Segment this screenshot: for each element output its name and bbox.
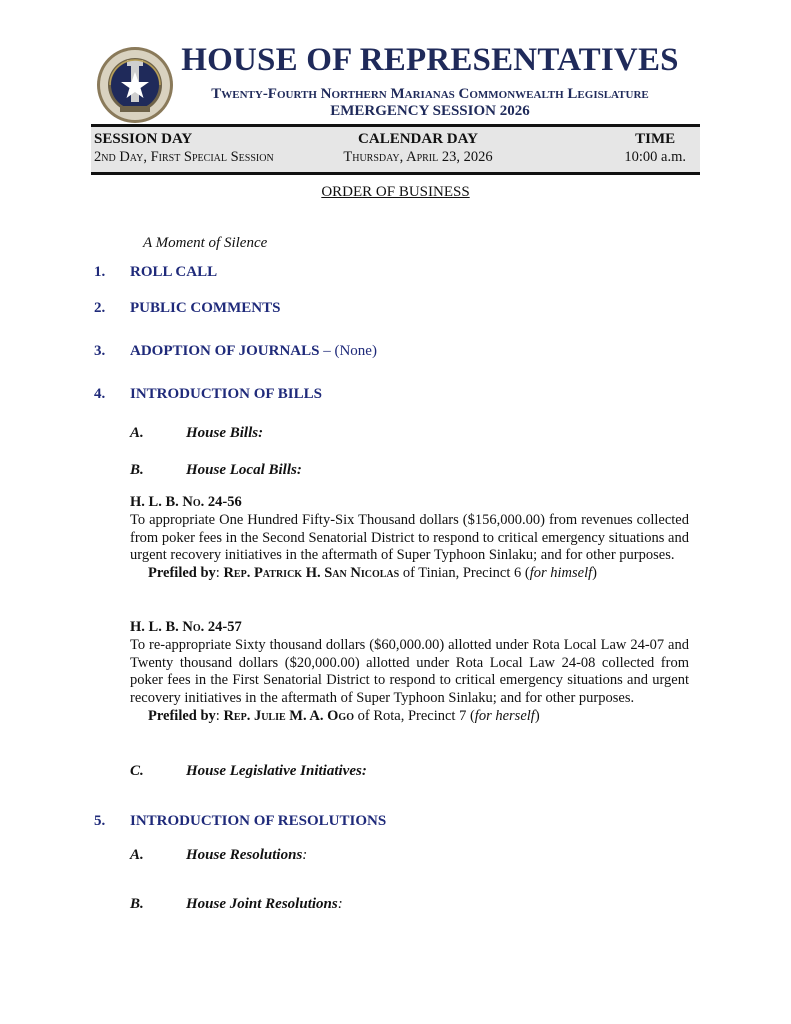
paren-close: ) (592, 565, 597, 581)
section-adoption-of-journals: 3.ADOPTION OF JOURNALS – (None) (94, 343, 377, 360)
bill-number-value: 24-57 (204, 619, 241, 635)
bill-hlb-24-56: H. L. B. No. 24-56 To appropriate One Hu… (130, 494, 689, 583)
section-number: 4. (94, 386, 130, 403)
subsection-letter: C. (130, 763, 186, 780)
subsection-colon: : (338, 896, 343, 912)
session-title: EMERGENCY SESSION 2026 (170, 103, 690, 120)
section-public-comments: 2.PUBLIC COMMENTS (94, 300, 280, 317)
subsection-title: House Joint Resolutions (186, 896, 338, 912)
bill-number: H. L. B. No. 24-57 (130, 619, 689, 637)
session-info-bar: SESSION DAY 2nd Day, First Special Sessi… (91, 124, 700, 175)
section-note: – (None) (319, 343, 376, 359)
calendar-day-label: CALENDAR DAY (333, 131, 503, 148)
session-day-value: 2nd Day, First Special Session (94, 149, 274, 166)
subsection-house-local-bills: B.House Local Bills: (130, 462, 302, 479)
subsection-letter: A. (130, 425, 186, 442)
subsection-title: House Local Bills: (186, 462, 302, 478)
session-day-label: SESSION DAY (94, 131, 274, 148)
bill-no-label: No. (182, 494, 204, 510)
time-label: TIME (624, 131, 686, 148)
bill-description: To appropriate One Hundred Fifty-Six Tho… (130, 512, 689, 565)
bill-hlb-24-57: H. L. B. No. 24-57 To re-appropriate Six… (130, 619, 689, 726)
session-day-column: SESSION DAY 2nd Day, First Special Sessi… (94, 131, 274, 166)
subsection-house-resolutions: A.House Resolutions: (130, 847, 307, 864)
time-value: 10:00 a.m. (624, 149, 686, 166)
official-seal-icon (96, 46, 174, 124)
document-title: HOUSE OF REPRESENTATIVES (180, 42, 680, 79)
subsection-title: House Resolutions (186, 847, 302, 863)
section-number: 5. (94, 813, 130, 830)
bill-prefix: H. L. B. (130, 619, 182, 635)
section-roll-call: 1.ROLL CALL (94, 264, 217, 281)
paren-close: ) (535, 708, 540, 724)
legislature-subtitle: Twenty-Fourth Northern Marianas Commonwe… (170, 86, 690, 103)
time-column: TIME 10:00 a.m. (624, 131, 686, 166)
section-title: PUBLIC COMMENTS (130, 300, 280, 316)
bill-description: To re-appropriate Sixty thousand dollars… (130, 637, 689, 708)
moment-of-silence: A Moment of Silence (143, 235, 267, 252)
subsection-letter: A. (130, 847, 186, 864)
sponsor-for: for himself (530, 565, 592, 581)
section-title: ROLL CALL (130, 264, 217, 280)
section-number: 1. (94, 264, 130, 281)
prefiled-label: Prefiled by (148, 565, 216, 581)
sponsor-location: of Tinian, Precinct 6 ( (399, 565, 530, 581)
calendar-day-value: Thursday, April 23, 2026 (333, 149, 503, 166)
section-number: 2. (94, 300, 130, 317)
subsection-letter: B. (130, 896, 186, 913)
sponsor-name: Rep. Julie M. A. Ogo (223, 708, 354, 724)
sponsor-for: for herself (475, 708, 535, 724)
section-number: 3. (94, 343, 130, 360)
subsection-house-bills: A.House Bills: (130, 425, 263, 442)
bill-prefiled-by: Prefiled by: Rep. Patrick H. San Nicolas… (130, 565, 689, 583)
bill-prefix: H. L. B. (130, 494, 182, 510)
prefiled-label: Prefiled by (148, 708, 216, 724)
sponsor-location: of Rota, Precinct 7 ( (354, 708, 475, 724)
order-of-business-heading: ORDER OF BUSINESS (0, 184, 791, 201)
bill-no-label: No. (182, 619, 204, 635)
section-title: ADOPTION OF JOURNALS (130, 343, 319, 359)
section-introduction-of-bills: 4.INTRODUCTION OF BILLS (94, 386, 322, 403)
subsection-house-joint-resolutions: B.House Joint Resolutions: (130, 896, 343, 913)
section-title: INTRODUCTION OF BILLS (130, 386, 322, 402)
section-title: INTRODUCTION OF RESOLUTIONS (130, 813, 386, 829)
sponsor-name: Rep. Patrick H. San Nicolas (223, 565, 399, 581)
section-introduction-of-resolutions: 5.INTRODUCTION OF RESOLUTIONS (94, 813, 386, 830)
subsection-letter: B. (130, 462, 186, 479)
subsection-title: House Bills: (186, 425, 263, 441)
subsection-colon: : (302, 847, 307, 863)
bill-prefiled-by: Prefiled by: Rep. Julie M. A. Ogo of Rot… (130, 708, 689, 726)
subsection-house-legislative-initiatives: C.House Legislative Initiatives: (130, 763, 367, 780)
bill-number-value: 24-56 (204, 494, 241, 510)
subsection-title: House Legislative Initiatives: (186, 763, 367, 779)
calendar-day-column: CALENDAR DAY Thursday, April 23, 2026 (333, 131, 503, 166)
bill-number: H. L. B. No. 24-56 (130, 494, 689, 512)
